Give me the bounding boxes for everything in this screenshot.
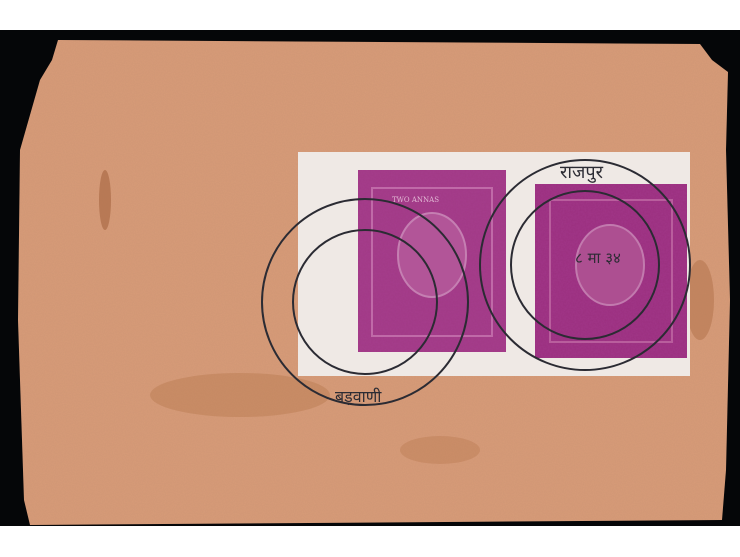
stamp-2 [535, 184, 687, 358]
postmark-town-bottom: बड़वाणी [335, 385, 381, 407]
cover-fragment [0, 0, 740, 557]
stamp-1-top-text: TWO ANNAS [392, 196, 439, 204]
postmark-date-right: ८ मा ३४ [575, 248, 621, 268]
photo-stage: राजपुर ८ मा ३४ बड़वाणी TWO ANNAS [0, 0, 740, 557]
postmark-town-top: राजपुर [560, 160, 603, 184]
